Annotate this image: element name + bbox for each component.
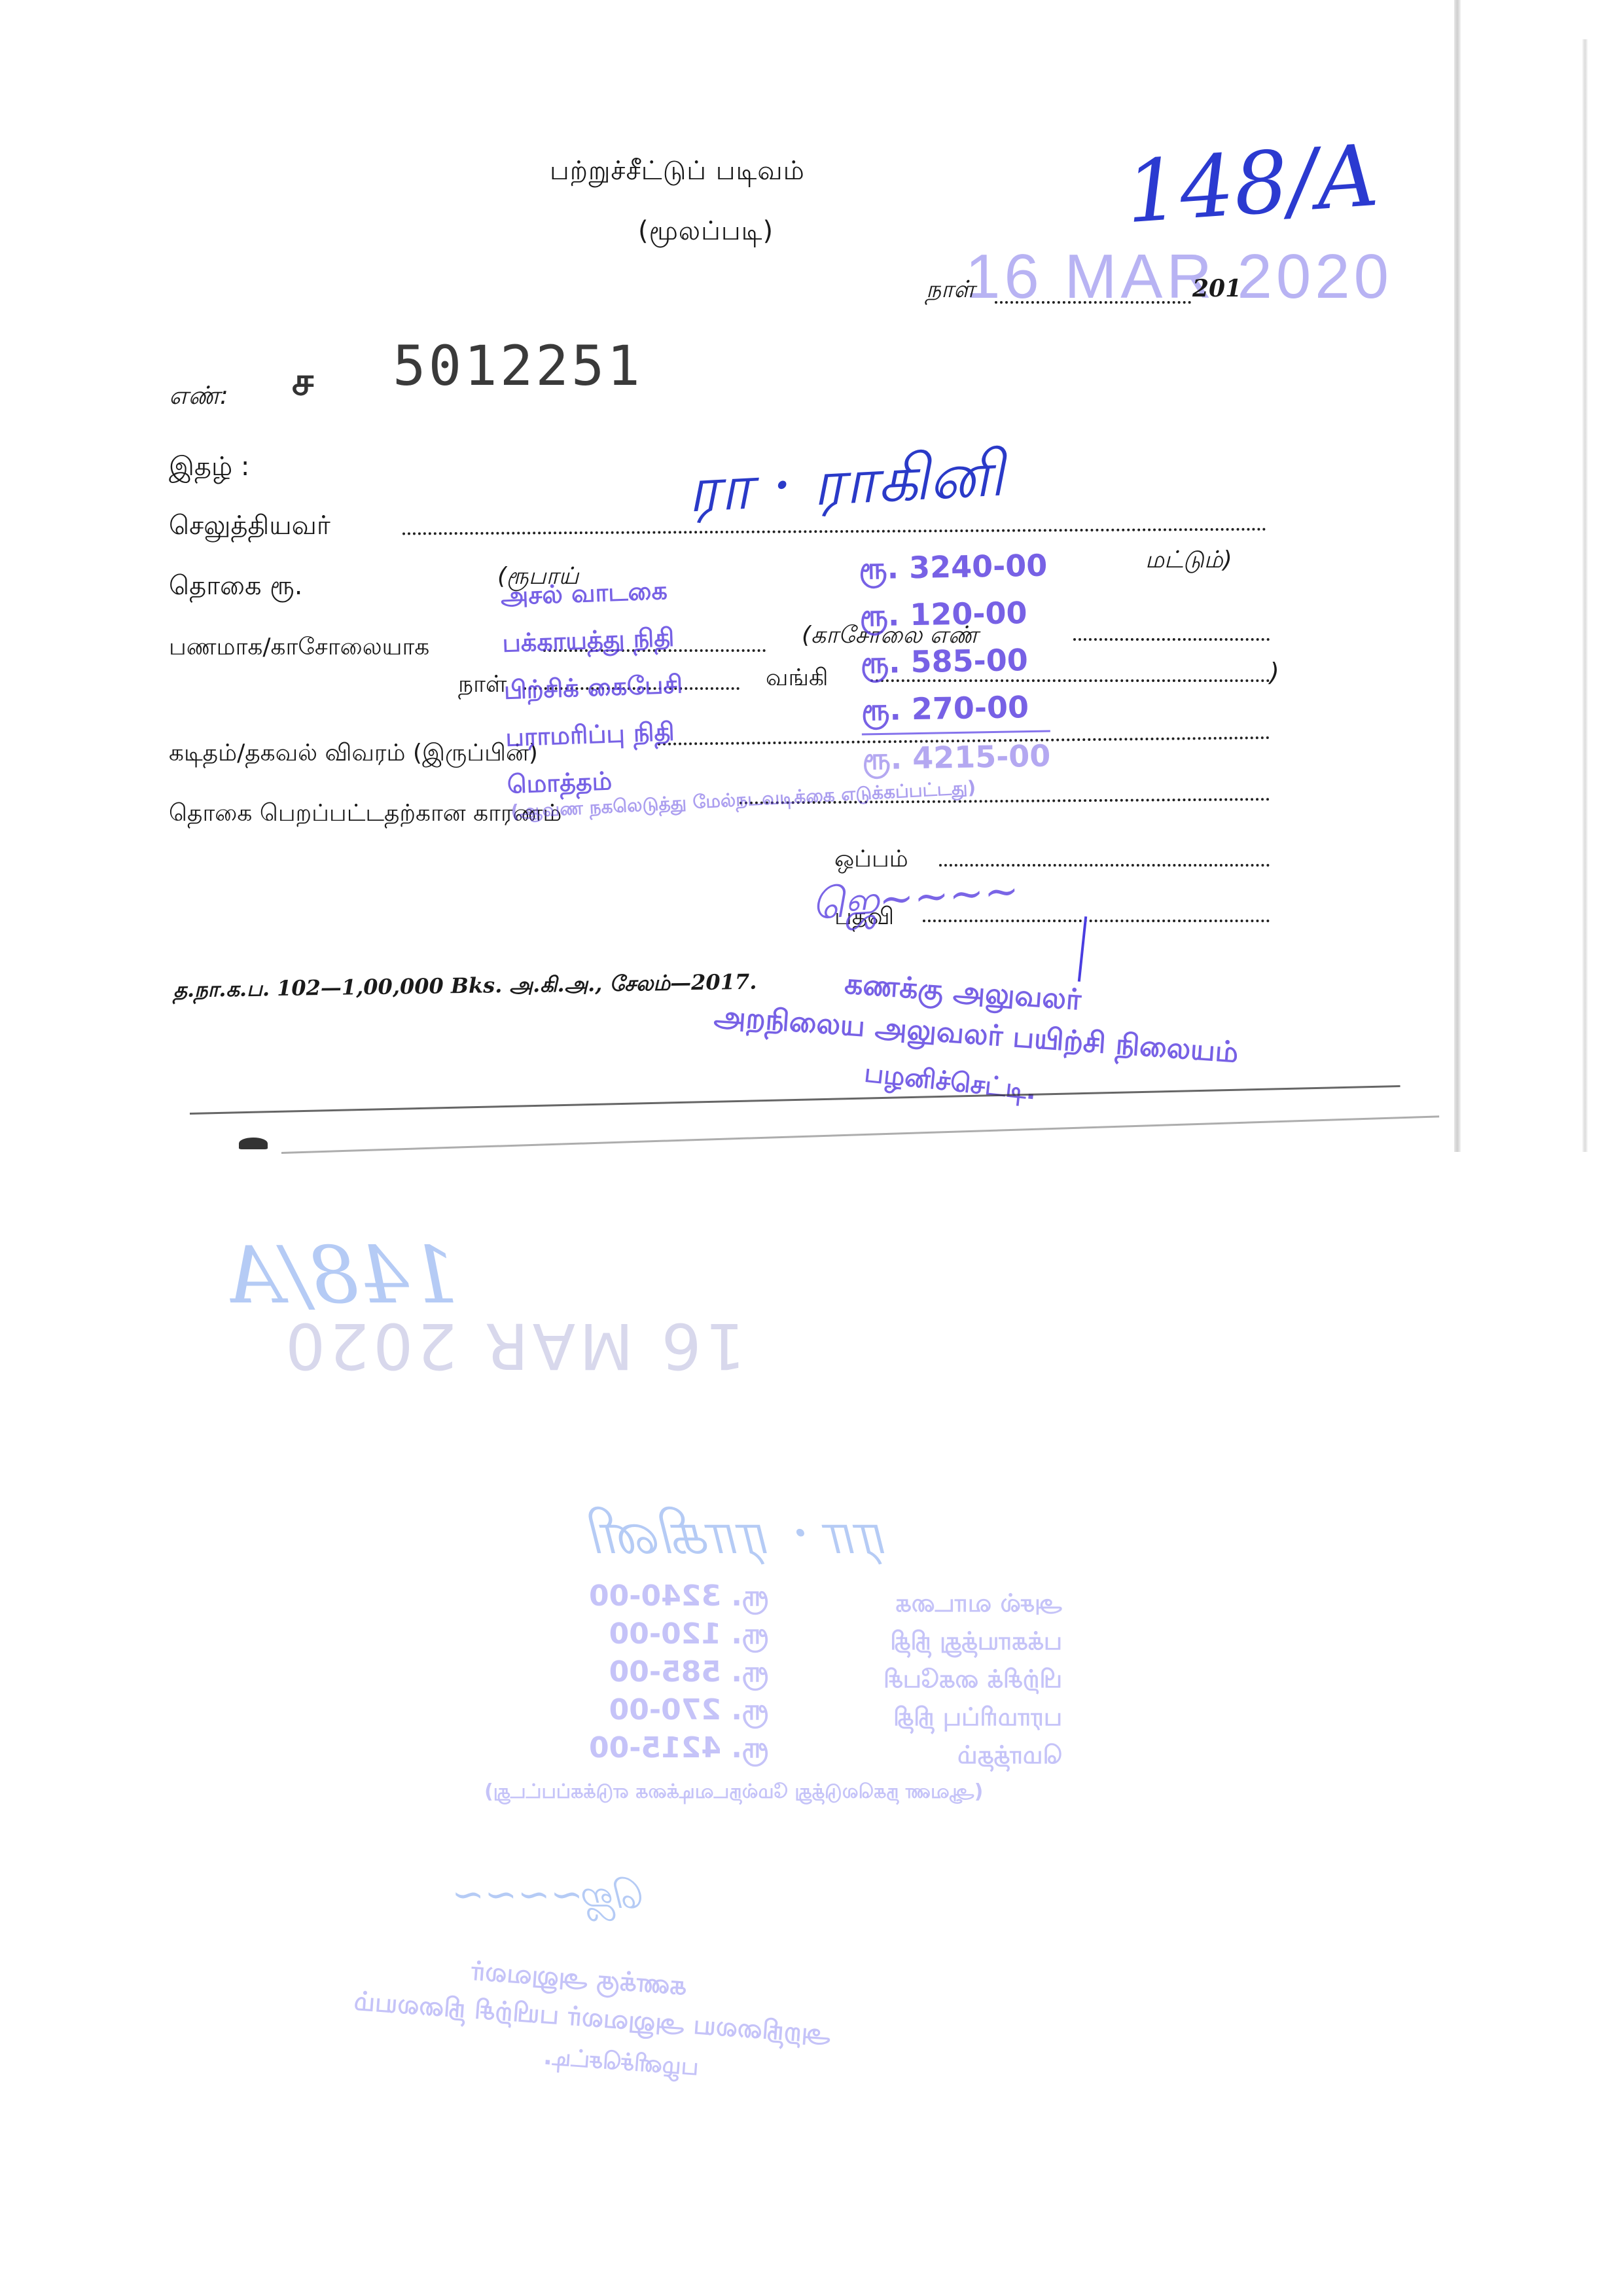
mirrored-payer-name: ரா · ராகினி: [592, 1499, 889, 1575]
mirrored-label: பிற்சிக் கைபேசி: [883, 1660, 1062, 1698]
form-subtitle: (மூலப்படி): [638, 216, 774, 249]
mirrored-label: பராமரிப்பு நிதி: [883, 1698, 1062, 1736]
stamp-item-label: பராமரிப்பு நிதி: [505, 708, 685, 761]
ink-blot: [239, 1138, 268, 1149]
mirrored-amount: ரூ. 3240-00: [589, 1577, 769, 1615]
mirrored-officer-signature: ஜெ~~~~: [452, 1872, 647, 1923]
mirrored-stamp-amounts: ரூ. 3240-00 ரூ. 120-00 ரூ. 585-00 ரூ. 27…: [589, 1577, 769, 1767]
payer-label: செலுத்தியவர்: [169, 511, 330, 544]
letter-details-label: கடிதம்/தகவல் விவரம் (இருப்பின்): [169, 740, 538, 770]
payer-handwritten-name: ரா · ராகினி: [685, 437, 1006, 535]
payment-mode-label: பணமாக/காசோலையாக: [169, 634, 429, 664]
official-stamp-line3: பழனிச்செட்டி.: [863, 1058, 1038, 1109]
series-letter: ச: [292, 359, 313, 410]
mirrored-official-stamp-line3: பழனிச்செட்டி.: [543, 2043, 700, 2084]
signature-label: ஒப்பம்: [834, 846, 908, 876]
mirrored-label: அசல் வாடகை: [883, 1584, 1062, 1622]
mirrored-date-stamp: 16 MAR 2020: [281, 1309, 745, 1382]
tear-line-lower: [281, 1115, 1439, 1154]
stamp-breakdown-labels: அசல் வாடகை பக்காயத்து நிதி பிற்சிக் கைபே…: [500, 566, 687, 808]
journal-label: இதழ் :: [169, 452, 249, 485]
stamp-breakdown-amounts: ரூ. 3240-00 ரூ. 120-00 ரூ. 585-00 ரூ. 27…: [859, 542, 1051, 783]
reason-label: தொகை பெறப்பட்டதற்கான காரணம்: [169, 800, 562, 830]
page-edge-shadow-secondary: [1582, 39, 1588, 1152]
date-field[interactable]: [995, 301, 1191, 304]
bank-label: வங்கி: [766, 664, 828, 694]
stamp-total-amount: ரூ. 4215-00: [862, 732, 1051, 782]
mirrored-total: ரூ. 4215-00: [589, 1729, 769, 1767]
form-title: பற்றுச்சீட்டுப் படிவம்: [550, 156, 805, 189]
mirrored-stamp-note: (ஆவண நகலெடுத்து மேல்நடவடிக்கை எடுக்கப்பட…: [484, 1780, 983, 1806]
stamp-item-amount: ரூ. 585-00: [860, 636, 1049, 686]
serial-number: 5012251: [393, 334, 643, 398]
mirrored-label: மொத்தம்: [883, 1736, 1062, 1774]
cheque-number-field[interactable]: [1073, 638, 1270, 641]
tear-line-upper: [190, 1085, 1400, 1115]
payer-field[interactable]: [402, 528, 1266, 535]
stamp-item-label: பிற்சிக் கைபேசி: [503, 660, 683, 713]
date-label: நாள்: [926, 276, 974, 306]
mirrored-amount: ரூ. 585-00: [589, 1653, 769, 1691]
officer-signature: ஜெ~~~~: [810, 867, 1022, 935]
year-prefix: 201: [1192, 275, 1241, 302]
amount-words-close: மட்டும்): [1145, 547, 1232, 577]
footer-print-line: த.நா.க.ப. 102—1,00,000 Bks. அ.கி.அ., சேல…: [173, 969, 757, 1005]
stamp-item-amount: ரூ. 3240-00: [859, 542, 1048, 592]
mirrored-label: பக்காயத்து நிதி: [883, 1622, 1062, 1660]
signature-tail-stroke: [1078, 916, 1087, 982]
stamp-item-amount: ரூ. 270-00: [861, 683, 1050, 735]
page-edge-shadow: [1454, 0, 1461, 1152]
bank-close-paren: ): [1270, 658, 1279, 687]
stamp-item-label: பக்காயத்து நிதி: [501, 613, 681, 666]
mirrored-file-number: 148/A: [226, 1230, 459, 1321]
mirrored-amount: ரூ. 120-00: [589, 1615, 769, 1653]
signature-field[interactable]: [939, 864, 1270, 867]
mirrored-stamp-labels: அசல் வாடகை பக்காயத்து நிதி பிற்சிக் கைபே…: [883, 1584, 1062, 1774]
stamp-item-amount: ரூ. 120-00: [859, 589, 1048, 639]
amount-label: தொகை ரூ.: [169, 571, 302, 604]
stamp-item-label: அசல் வாடகை: [500, 566, 680, 619]
cheque-date-label: நாள்: [458, 671, 507, 701]
handwritten-file-number: 148/A: [1122, 126, 1381, 243]
mirrored-amount: ரூ. 270-00: [589, 1691, 769, 1729]
number-label: எண்:: [169, 381, 228, 414]
